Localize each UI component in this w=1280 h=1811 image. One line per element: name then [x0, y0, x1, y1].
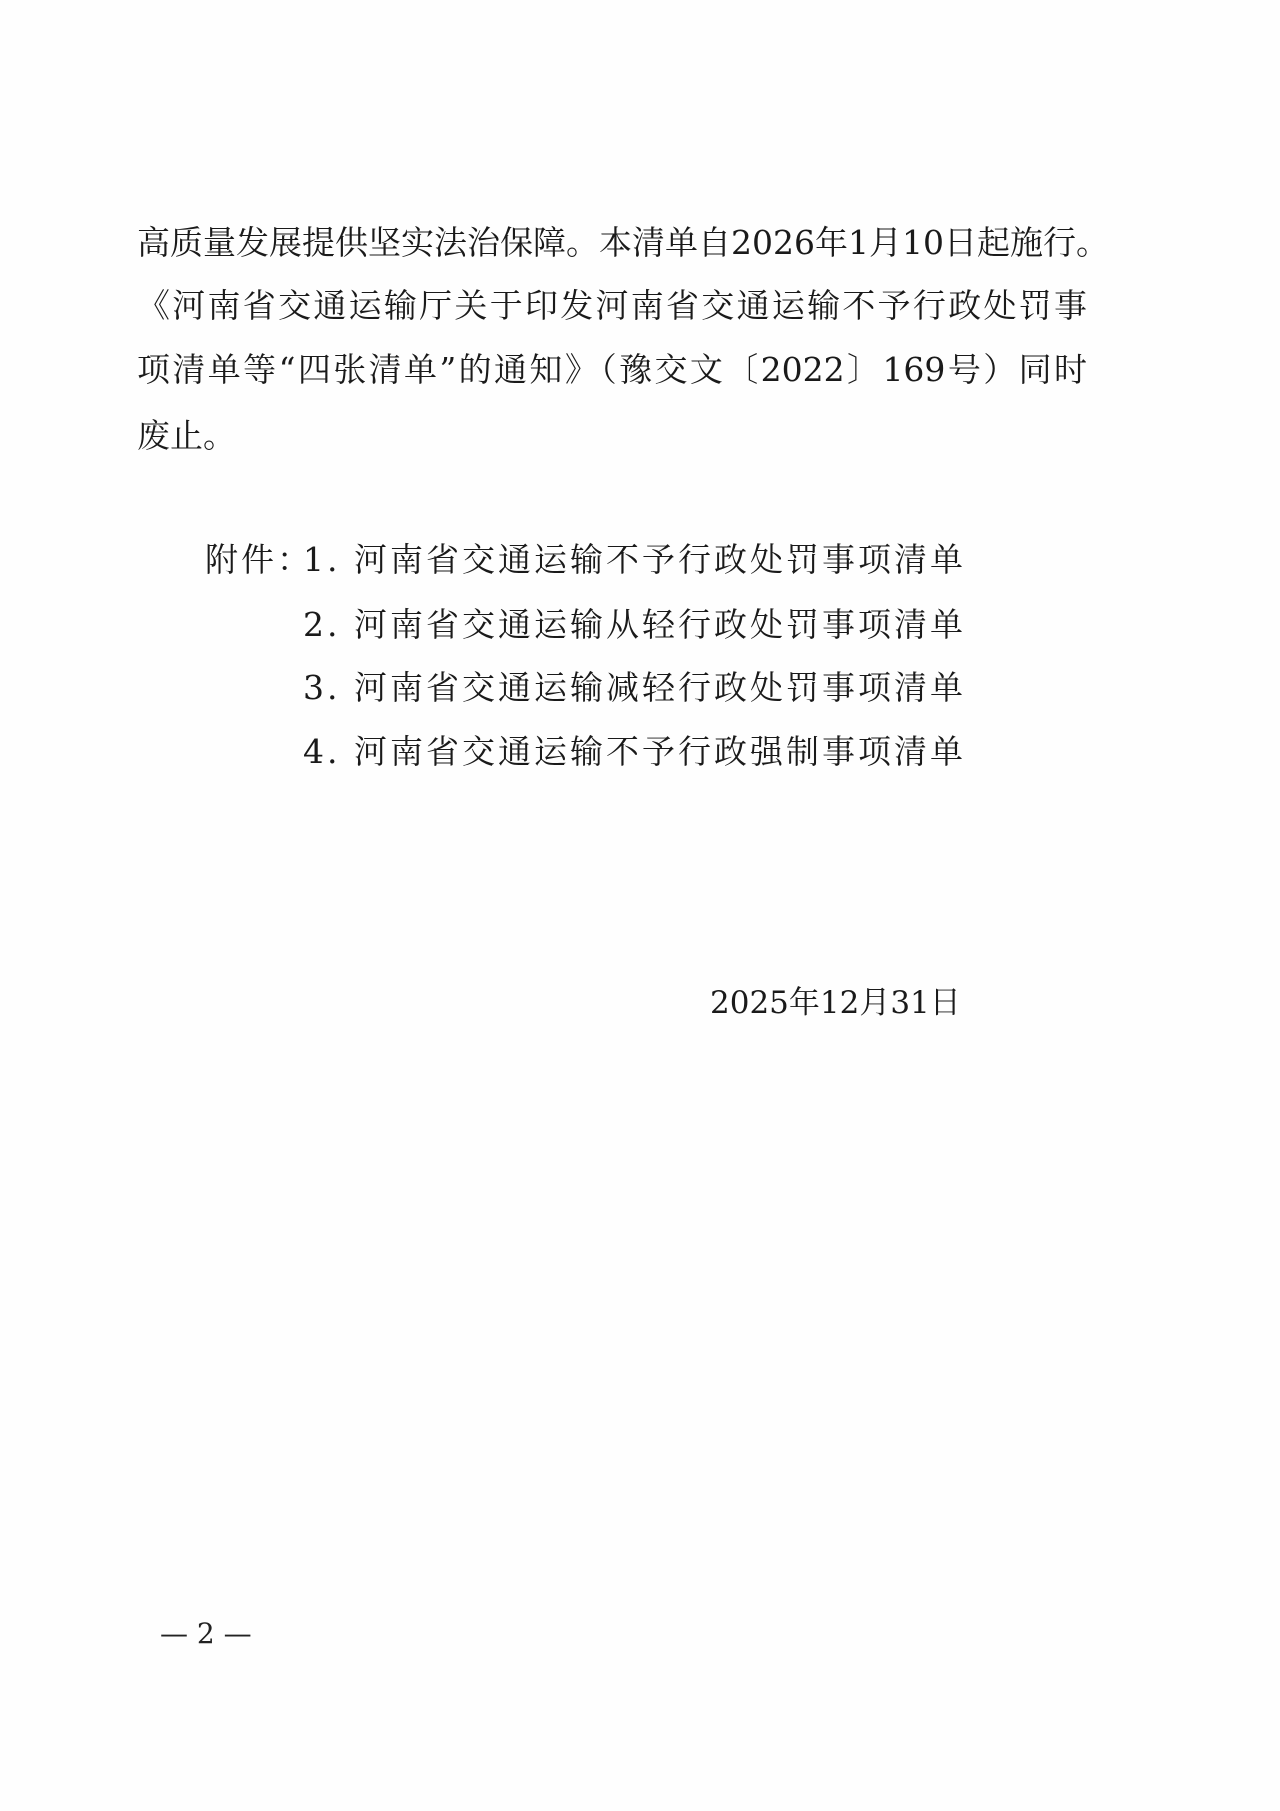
attachments-label: 附件：: [205, 535, 313, 585]
body-line-3: 项清单等“四张清单”的通知》（豫交文〔2022〕169号）同时: [137, 345, 1087, 395]
body-line-4: 废止。: [137, 411, 1087, 461]
page-number: — 2 —: [160, 1616, 252, 1652]
body-line-2: 《河南省交通运输厅关于印发河南省交通运输不予行政处罚事: [137, 281, 1087, 331]
attachment-item-4: 4. 河南省交通运输不予行政强制事项清单: [303, 727, 966, 777]
attachment-item-2: 2. 河南省交通运输从轻行政处罚事项清单: [303, 600, 966, 650]
attachment-item-1: 1. 河南省交通运输不予行政处罚事项清单: [303, 535, 966, 585]
body-line-1: 高质量发展提供坚实法治保障。本清单自2026年1月10日起施行。: [137, 218, 1087, 268]
document-date: 2025年12月31日: [710, 980, 961, 1026]
attachment-item-3: 3. 河南省交通运输减轻行政处罚事项清单: [303, 663, 966, 713]
document-page: 高质量发展提供坚实法治保障。本清单自2026年1月10日起施行。 《河南省交通运…: [0, 0, 1280, 1811]
